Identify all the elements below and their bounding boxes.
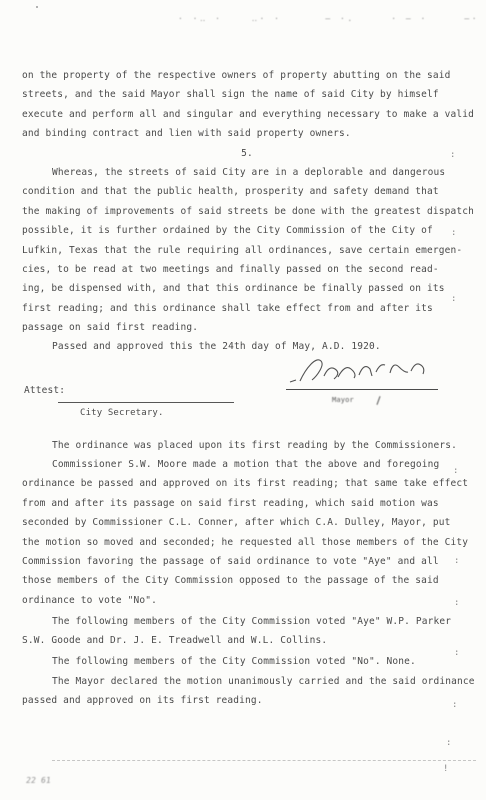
text-line: Whereas, the streets of said City are in…: [22, 163, 472, 182]
scan-edge-mark: !: [443, 764, 448, 774]
paragraph-aye-votes: The following members of the City Commis…: [22, 612, 472, 651]
text-line: seconded by Commissioner C.L. Conner, af…: [22, 513, 472, 532]
text-line: those members of the City Commission opp…: [22, 571, 472, 590]
text-line: Commission favoring the passage of said …: [22, 552, 472, 571]
city-secretary-label: City Secretary.: [80, 404, 164, 423]
scanned-document-page: · ·‥ · ‥· · — ·. · – · —· – ¨ — — on the…: [0, 0, 486, 800]
paragraph-motion-carried: The Mayor declared the motion unanimousl…: [22, 672, 472, 711]
text-line: Lufkin, Texas that the rule requiring al…: [22, 241, 472, 260]
footer-page-mark: 22 61: [25, 771, 53, 790]
text-line: from and after its passage on said first…: [22, 494, 472, 513]
scan-edge-dot: :: [446, 738, 451, 748]
scan-edge-dot: :: [452, 700, 457, 710]
scan-edge-dot: :: [451, 294, 456, 304]
text-line: The Mayor declared the motion unanimousl…: [22, 672, 472, 691]
text-line: ing, be dispensed with, and that this or…: [22, 279, 472, 298]
paragraph-motion: Commissioner S.W. Moore made a motion th…: [22, 455, 472, 610]
text-line: passage on said first reading.: [22, 318, 472, 337]
text-line: Commissioner S.W. Moore made a motion th…: [22, 455, 472, 474]
scan-speck: [36, 6, 38, 8]
text-line: ordinance to vote "No".: [22, 591, 472, 610]
text-line: ordinance be passed and approved on its …: [22, 474, 472, 493]
secretary-signature-rule: [58, 390, 234, 403]
section-number: 5.: [22, 144, 472, 163]
text-line: cies, to be read at two meetings and fin…: [22, 260, 472, 279]
scan-edge-dot: :: [454, 598, 459, 608]
signature-rule: [286, 389, 438, 390]
bottom-scan-dashes: [52, 760, 476, 761]
handwritten-signature-icon: [286, 352, 438, 392]
scan-edge-dot: :: [454, 556, 459, 566]
no-votes-line: The following members of the City Commis…: [22, 652, 472, 671]
text-line: the motion so moved and seconded; he req…: [22, 533, 472, 552]
text-line: condition and that the public health, pr…: [22, 182, 472, 201]
text-line: possible, it is further ordained by the …: [22, 221, 472, 240]
mayor-label: Mayor: [332, 391, 438, 410]
minutes-placed-line: The ordinance was placed upon its first …: [22, 436, 472, 455]
text-line: and binding contract and lien with said …: [22, 124, 472, 143]
text-line: execute and perform all and singular and…: [22, 105, 472, 124]
paragraph-emergency-clause: Whereas, the streets of said City are in…: [22, 163, 472, 338]
scan-edge-dot: :: [451, 228, 456, 238]
text-line: passed and approved on its first reading…: [22, 691, 472, 710]
text-line: The following members of the City Commis…: [22, 612, 472, 631]
mayor-signature-block: Mayor: [286, 352, 438, 410]
scan-edge-dot: :: [453, 466, 458, 476]
scan-edge-dot: :: [450, 150, 455, 160]
text-line: on the property of the respective owners…: [22, 66, 472, 85]
top-edge-scan-marks: · ·‥ · ‥· · — ·. · – · —· – ¨ — —: [178, 9, 478, 28]
text-line: S.W. Goode and Dr. J. E. Treadwell and W…: [22, 631, 472, 650]
text-line: the making of improvements of said stree…: [22, 202, 472, 221]
scan-edge-dot: :: [454, 648, 459, 658]
text-line: streets, and the said Mayor shall sign t…: [22, 85, 472, 104]
text-line: first reading; and this ordinance shall …: [22, 299, 472, 318]
paragraph-contract-authority: on the property of the respective owners…: [22, 66, 472, 144]
